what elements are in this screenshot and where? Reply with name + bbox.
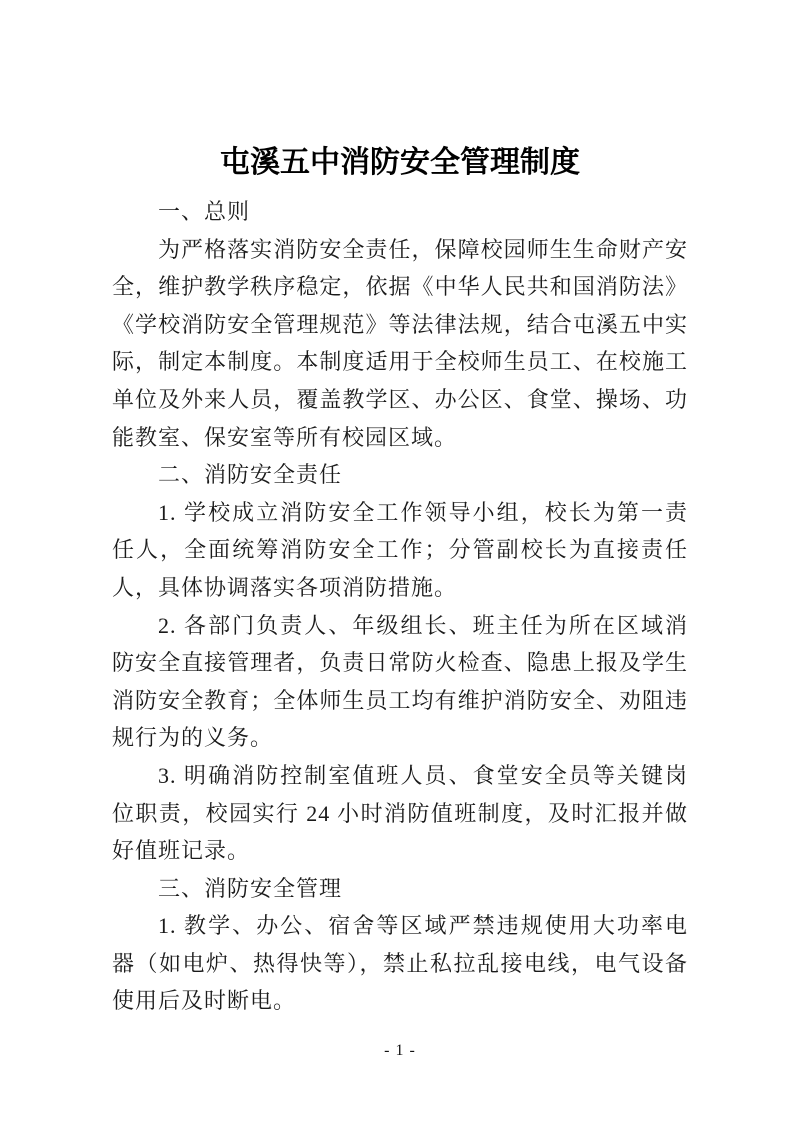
body-paragraph: 1. 教学、办公、宿舍等区域严禁违规使用大功率电器（如电炉、热得快等），禁止私拉… [112, 907, 688, 1020]
body-paragraph: 为严格落实消防安全责任，保障校园师生生命财产安全，维护教学秩序稳定，依据《中华人… [112, 231, 688, 457]
document-body: 一、总则为严格落实消防安全责任，保障校园师生生命财产安全，维护教学秩序稳定，依据… [112, 193, 688, 1020]
section-heading: 一、总则 [112, 193, 688, 231]
document-title: 屯溪五中消防安全管理制度 [0, 0, 800, 182]
page-number: - 1 - [0, 1041, 800, 1061]
section-heading: 二、消防安全责任 [112, 456, 688, 494]
body-paragraph: 3. 明确消防控制室值班人员、食堂安全员等关键岗位职责，校园实行 24 小时消防… [112, 757, 688, 870]
document-page: 屯溪五中消防安全管理制度 一、总则为严格落实消防安全责任，保障校园师生生命财产安… [0, 0, 800, 1132]
body-paragraph: 2. 各部门负责人、年级组长、班主任为所在区域消防安全直接管理者，负责日常防火检… [112, 607, 688, 757]
body-paragraph: 1. 学校成立消防安全工作领导小组，校长为第一责任人，全面统筹消防安全工作；分管… [112, 494, 688, 607]
section-heading: 三、消防安全管理 [112, 870, 688, 908]
